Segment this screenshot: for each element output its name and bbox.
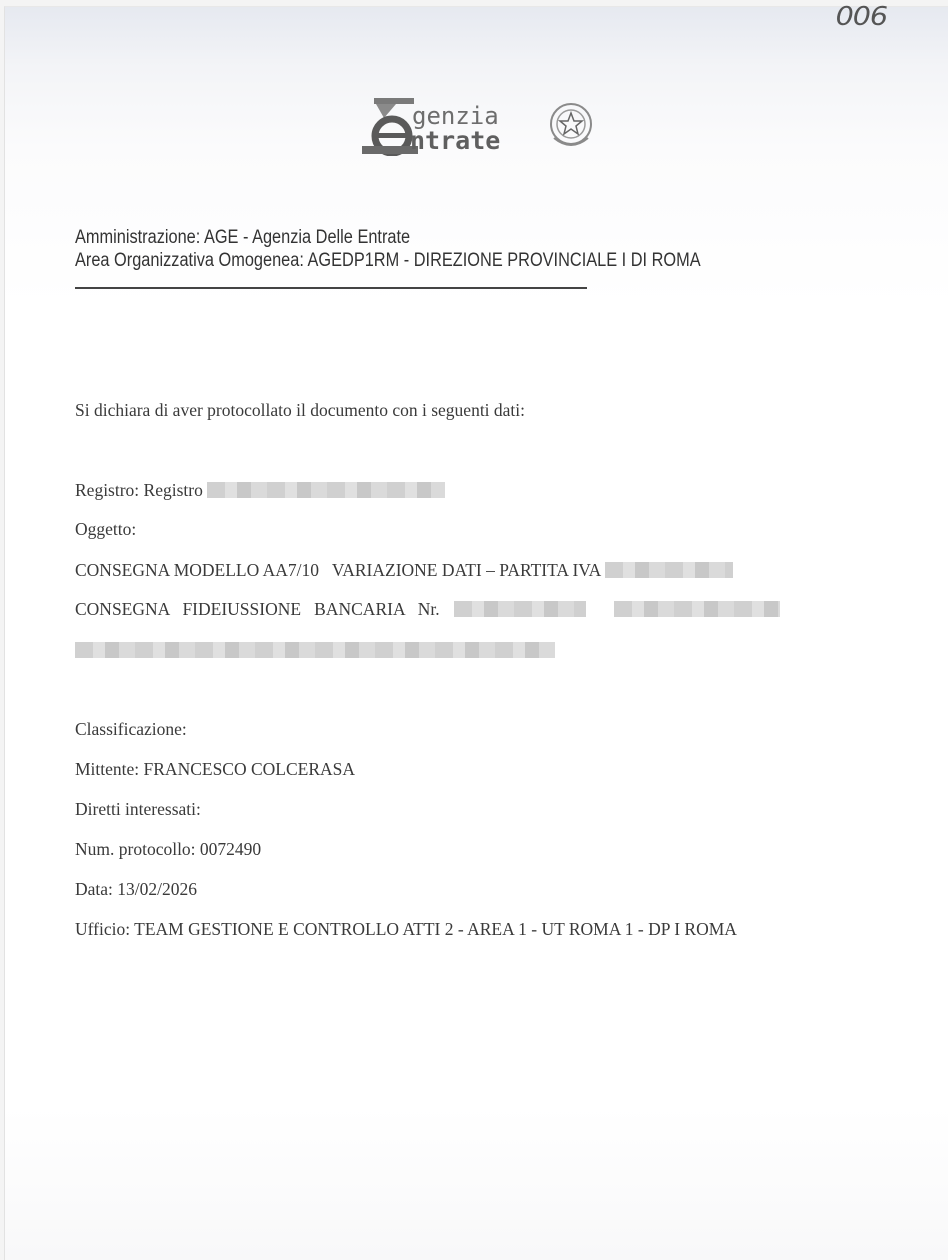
oggetto-line-2: CONSEGNA FIDEIUSSIONE BANCARIA Nr. — [75, 599, 780, 620]
registro-row: Registro: Registro — [75, 480, 445, 501]
oggetto-label: Oggetto: — [75, 519, 136, 540]
area-line: Area Organizzativa Omogenea: AGEDP1RM - … — [75, 249, 701, 272]
oggetto-line-1-text: CONSEGNA MODELLO AA7/10 VARIAZIONE DATI … — [75, 560, 600, 580]
declaration-text: Si dichiara di aver protocollato il docu… — [75, 400, 525, 421]
handwritten-page-number: 006 — [836, 2, 887, 32]
scanned-page — [4, 6, 948, 1260]
classificazione-text: Classificazione: — [75, 719, 187, 740]
redacted-partita-iva — [605, 562, 733, 578]
oggetto-line-1: CONSEGNA MODELLO AA7/10 VARIAZIONE DATI … — [75, 560, 733, 581]
header-divider — [75, 287, 587, 289]
redacted-registro — [207, 482, 445, 498]
ufficio-text: Ufficio: TEAM GESTIONE E CONTROLLO ATTI … — [75, 919, 737, 940]
oggetto-line-3 — [75, 640, 555, 661]
redacted-oggetto-line-3 — [75, 642, 555, 658]
administration-header: Amministrazione: AGE - Agenzia Delle Ent… — [75, 226, 701, 272]
diretti-interessati-text: Diretti interessati: — [75, 799, 201, 820]
registro-label: Registro: Registro — [75, 480, 203, 500]
italian-republic-emblem-icon — [546, 98, 596, 152]
administration-line: Amministrazione: AGE - Agenzia Delle Ent… — [75, 226, 701, 249]
redacted-fideiussione-number — [454, 601, 586, 617]
redacted-fideiussione-details — [614, 601, 780, 617]
num-protocollo-text: Num. protocollo: 0072490 — [75, 839, 261, 860]
data-text: Data: 13/02/2026 — [75, 879, 197, 900]
oggetto-line-2-text: CONSEGNA FIDEIUSSIONE BANCARIA Nr. — [75, 599, 440, 619]
logo-text-entrate: ntrate — [410, 126, 500, 155]
agenzia-entrate-logo: genzia ntrate — [362, 96, 602, 160]
mittente-text: Mittente: FRANCESCO COLCERASA — [75, 759, 355, 780]
